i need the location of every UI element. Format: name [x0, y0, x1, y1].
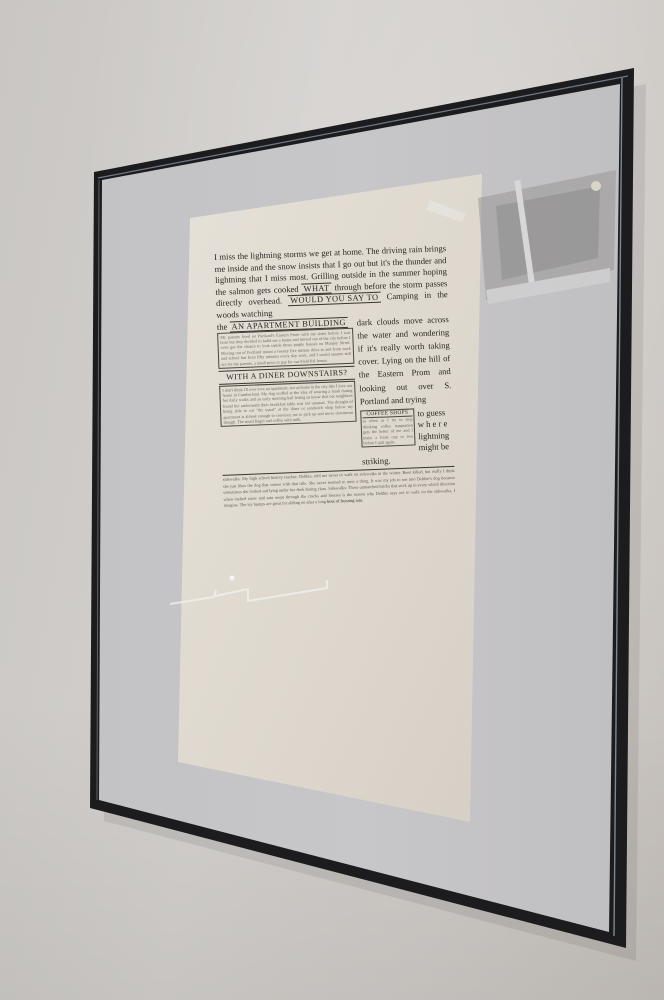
- right-line-5: striking.: [362, 453, 454, 468]
- word-the: the: [217, 321, 228, 331]
- right-column-text: dark clouds move across the water and wo…: [357, 314, 452, 407]
- right-column: dark clouds move across the water and wo…: [357, 313, 455, 468]
- left-column: the AN APARTMENT BUILDING My parents liv…: [217, 316, 359, 473]
- printed-text: I miss the lightning storms we get at ho…: [214, 243, 456, 509]
- diner-story-box: I don't think I'll ever love an apartmen…: [219, 380, 357, 427]
- coffee-shops-box: COFFEE SHOPS as often as I try to stop d…: [360, 408, 415, 447]
- apartment-story-box: My parents lived on Portland's Eastern P…: [217, 327, 354, 369]
- bottom-text-end: bout of freezing rain.: [327, 498, 363, 504]
- headline-would-you-say-to: WOULD YOU SAY TO: [288, 292, 381, 307]
- coffee-shops-text: as often as I try to stop drinking coffe…: [363, 417, 414, 446]
- headline-what: WHAT: [301, 282, 331, 294]
